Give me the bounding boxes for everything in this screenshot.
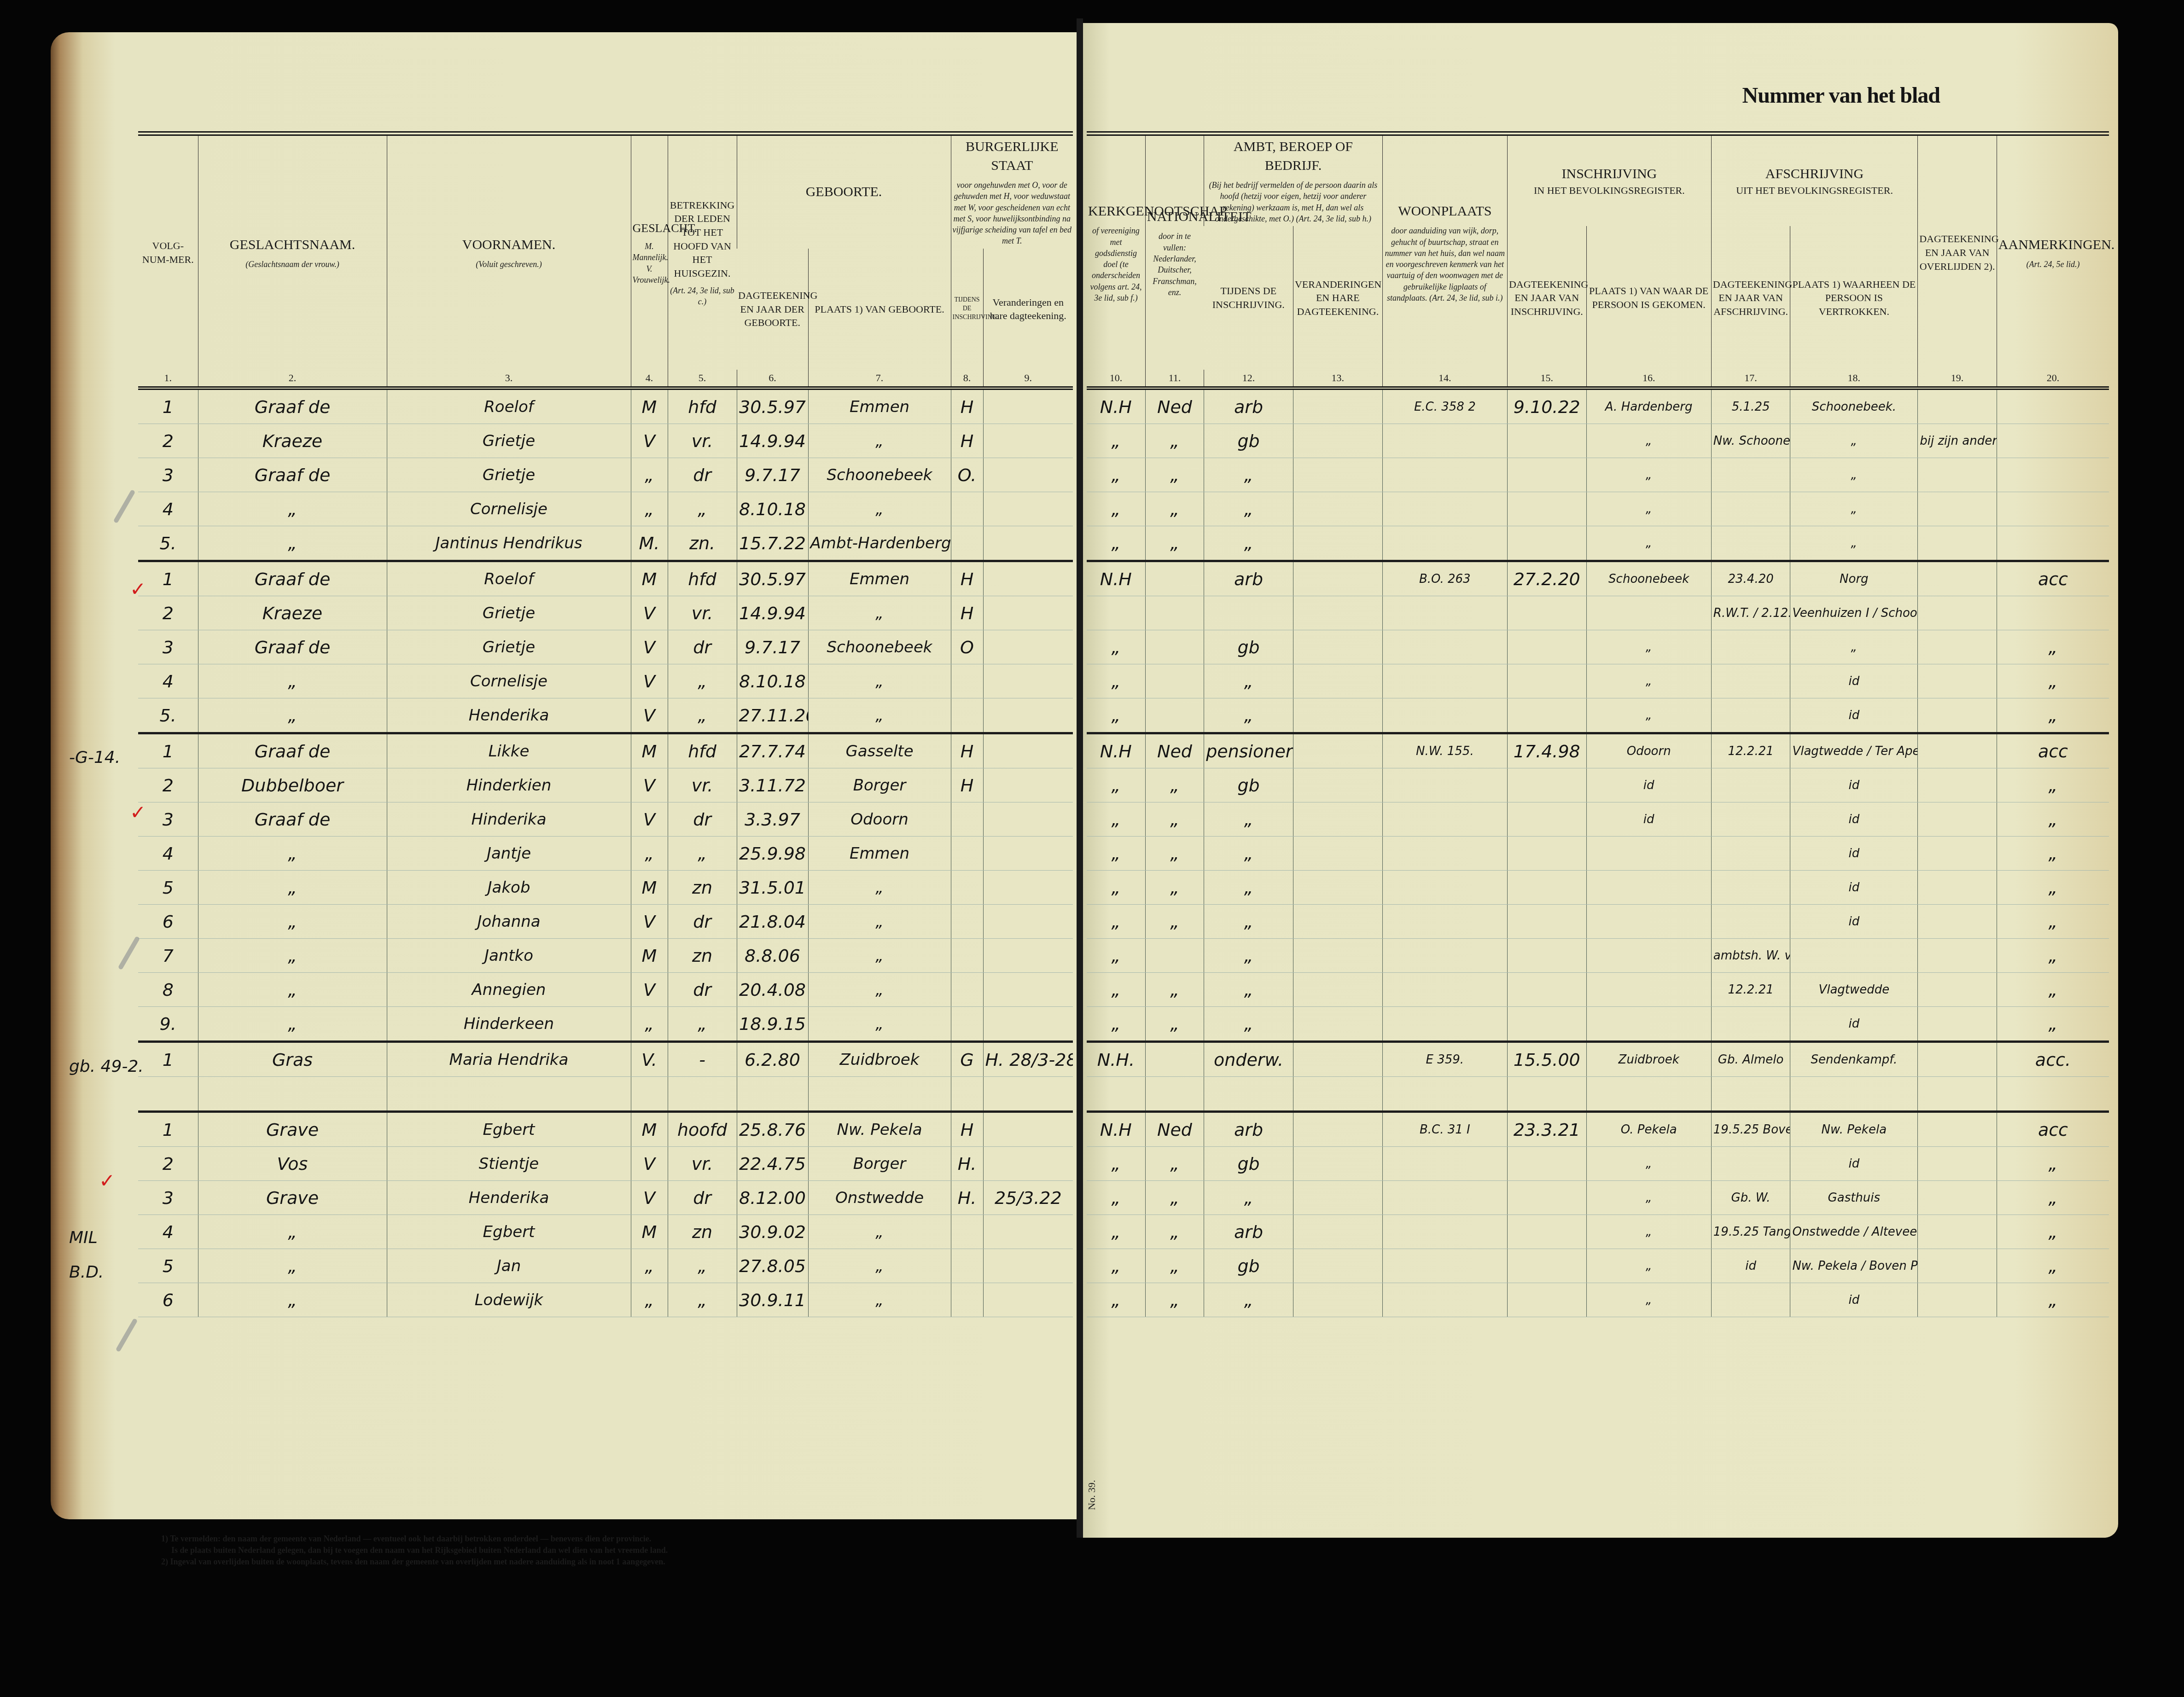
cell-af_to: „	[1790, 630, 1918, 664]
cell-nr: 5	[138, 1249, 198, 1283]
register-row: „„arb„19.5.25 TangerOnstwedde / Alteveer…	[1087, 1215, 2109, 1249]
cell-aanm: „	[1997, 768, 2109, 802]
cell-af_date: Nw. Schoonebeekerveld	[1711, 424, 1790, 458]
cell-woon: B.O. 263	[1382, 561, 1507, 596]
cell-aanm: „	[1997, 1007, 2109, 1042]
cell-rel: dr	[668, 802, 737, 837]
cell-born: 20.4.08	[737, 973, 808, 1007]
cell-ins_date	[1507, 664, 1586, 698]
cell-surname: Graaf de	[198, 630, 387, 664]
cell-af_to: Gasthuis	[1790, 1181, 1918, 1215]
left-register-body: 1Graaf deRoelofMhfd30.5.97EmmenH2KraezeG…	[138, 388, 1073, 1317]
cell-beroep	[1204, 596, 1293, 630]
cell-civ: H	[951, 733, 983, 768]
cell-ber_chg	[1293, 973, 1382, 1007]
cell-woon	[1382, 664, 1507, 698]
cell-first: Likke	[387, 733, 631, 768]
register-row: „„„id„	[1087, 1007, 2109, 1042]
cell-sex: M	[631, 939, 668, 973]
cell-civ_chg	[983, 492, 1073, 526]
cell-civ_chg	[983, 837, 1073, 871]
cell-af_date	[1711, 837, 1790, 871]
cell-rel: zn.	[668, 526, 737, 561]
cell-dood	[1918, 561, 1997, 596]
cell-civ: H	[951, 561, 983, 596]
cell-ins_date: 9.10.22	[1507, 388, 1586, 424]
cell-place: Nw. Pekela	[808, 1112, 951, 1147]
cell-dood	[1918, 768, 1997, 802]
cell-place: „	[808, 698, 951, 733]
col-num: 15.	[1507, 370, 1586, 388]
cell-ins_date	[1507, 630, 1586, 664]
cell-af_to: id	[1790, 1147, 1918, 1181]
register-row	[138, 1077, 1073, 1112]
cell-ins_from: „	[1586, 1283, 1711, 1317]
col-header-10: Kerkgenootschapof vereeniging met godsdi…	[1087, 134, 1145, 370]
register-row	[1087, 1077, 2109, 1112]
cell-ins_from: O. Pekela	[1586, 1112, 1711, 1147]
cell-woon: N.W. 155.	[1382, 733, 1507, 768]
cell-af_to: Schoonebeek.	[1790, 388, 1918, 424]
cell-beroep: arb	[1204, 561, 1293, 596]
cell-aanm: „	[1997, 939, 2109, 973]
register-row: „„„„id„	[1087, 1283, 2109, 1317]
cell-civ_chg	[983, 561, 1073, 596]
cell-af_date	[1711, 458, 1790, 492]
cell-ber_chg	[1293, 1042, 1382, 1077]
cell-ber_chg	[1293, 630, 1382, 664]
register-row: 2DubbelboerHinderkienVvr.3.11.72BorgerH	[138, 768, 1073, 802]
cell-ins_from	[1586, 1007, 1711, 1042]
cell-ins_from: „	[1586, 492, 1711, 526]
cell-ber_chg	[1293, 492, 1382, 526]
cell-dood	[1918, 1249, 1997, 1283]
cell-born: 9.7.17	[737, 458, 808, 492]
cell-af_to: Norg	[1790, 561, 1918, 596]
cell-born: 14.9.94	[737, 424, 808, 458]
col-header-11: Nationaliteitdoor in te vullen: Nederlan…	[1145, 134, 1204, 370]
cell-kerk: „	[1087, 1007, 1145, 1042]
register-row: „„gbidid„	[1087, 768, 2109, 802]
cell-dood	[1918, 1283, 1997, 1317]
cell-dood	[1918, 596, 1997, 630]
cell-ins_from: Schoonebeek	[1586, 561, 1711, 596]
cell-nr: 5	[138, 871, 198, 905]
cell-kerk: N.H	[1087, 1112, 1145, 1147]
cell-first: Jantinus Hendrikus	[387, 526, 631, 561]
cell-aanm	[1997, 526, 2109, 561]
cell-first: Annegien	[387, 973, 631, 1007]
cell-ins_date	[1507, 698, 1586, 733]
cell-rel: vr.	[668, 596, 737, 630]
cell-ins_date: 23.3.21	[1507, 1112, 1586, 1147]
cell-ins_from: A. Hardenberg	[1586, 388, 1711, 424]
cell-place: Emmen	[808, 837, 951, 871]
cell-surname: Grave	[198, 1112, 387, 1147]
cell-surname: Vos	[198, 1147, 387, 1181]
cell-surname: „	[198, 526, 387, 561]
cell-kerk: N.H	[1087, 733, 1145, 768]
cell-surname: „	[198, 492, 387, 526]
register-row: 1Graaf deLikkeMhfd27.7.74GasselteH	[138, 733, 1073, 768]
cell-nat	[1145, 698, 1204, 733]
cell-beroep: „	[1204, 458, 1293, 492]
cell-civ: H	[951, 1112, 983, 1147]
cell-af_date: 5.1.25	[1711, 388, 1790, 424]
cell-ins_date	[1507, 1007, 1586, 1042]
register-row: 7„JantkoMzn8.8.06„	[138, 939, 1073, 973]
cell-ins_date: 17.4.98	[1507, 733, 1586, 768]
margin-note: B.D.	[69, 1263, 104, 1282]
cell-civ: O	[951, 630, 983, 664]
cell-nr: 4	[138, 1215, 198, 1249]
cell-place: Borger	[808, 1147, 951, 1181]
cell-beroep: „	[1204, 973, 1293, 1007]
cell-af_date	[1711, 698, 1790, 733]
col-num: 10.	[1087, 370, 1145, 388]
cell-nr: 1	[138, 1042, 198, 1077]
cell-first: Cornelisje	[387, 492, 631, 526]
cell-af_date	[1711, 664, 1790, 698]
cell-civ: H	[951, 424, 983, 458]
cell-ins_from: Odoorn	[1586, 733, 1711, 768]
cell-aanm: „	[1997, 698, 2109, 733]
cell-rel: vr.	[668, 1147, 737, 1181]
cell-beroep: gb	[1204, 630, 1293, 664]
cell-civ_chg	[983, 1283, 1073, 1317]
register-row: „„gb„id„	[1087, 1147, 2109, 1181]
cell-ins_from	[1586, 905, 1711, 939]
cell-first: Roelof	[387, 561, 631, 596]
group-header-afschrijving: Afschrijvinguit het bevolkingsregister.	[1711, 134, 1917, 226]
cell-kerk: „	[1087, 973, 1145, 1007]
cell-rel: hfd	[668, 561, 737, 596]
cell-civ_chg	[983, 458, 1073, 492]
cell-surname: Graaf de	[198, 802, 387, 837]
cell-woon	[1382, 802, 1507, 837]
cell-af_to: Veenhuizen I / Schoonebeek	[1790, 596, 1918, 630]
register-row: 6„JohannaVdr21.8.04„	[138, 905, 1073, 939]
col-header-19: Dagteekening en jaar van overlijden 2).	[1918, 134, 1997, 370]
cell-kerk: „	[1087, 1249, 1145, 1283]
col-header-5: Betrekking der leden tot het hoofd van h…	[668, 134, 737, 370]
cell-born: 14.9.94	[737, 596, 808, 630]
cell-dood	[1918, 973, 1997, 1007]
cell-ins_from	[1586, 939, 1711, 973]
cell-civ: H.	[951, 1147, 983, 1181]
cell-civ	[951, 1215, 983, 1249]
cell-ber_chg	[1293, 1283, 1382, 1317]
cell-nat: „	[1145, 837, 1204, 871]
cell-nat: „	[1145, 492, 1204, 526]
cell-af_date	[1711, 802, 1790, 837]
cell-civ_chg	[983, 905, 1073, 939]
col-header-3: Voornamen.(Voluit geschreven.)	[387, 134, 631, 370]
cell-ber_chg	[1293, 561, 1382, 596]
cell-beroep: onderw.	[1204, 1042, 1293, 1077]
cell-ber_chg	[1293, 1112, 1382, 1147]
cell-dood	[1918, 1147, 1997, 1181]
cell-af_to: id	[1790, 698, 1918, 733]
col-num: 7.	[808, 370, 951, 388]
cell-nat: „	[1145, 1215, 1204, 1249]
cell-place: Emmen	[808, 561, 951, 596]
col-header-1: Volg-num-mer.	[138, 134, 198, 370]
register-row: 5„JakobMzn31.5.01„	[138, 871, 1073, 905]
cell-surname: „	[198, 1249, 387, 1283]
cell-first: Hinderkien	[387, 768, 631, 802]
cell-af_date	[1711, 1283, 1790, 1317]
cell-dood	[1918, 802, 1997, 837]
cell-woon: E 359.	[1382, 1042, 1507, 1077]
cell-dood	[1918, 905, 1997, 939]
cell-civ	[951, 802, 983, 837]
cell-sex: V	[631, 1147, 668, 1181]
cell-civ_chg	[983, 664, 1073, 698]
cell-surname: „	[198, 664, 387, 698]
cell-ins_date	[1507, 905, 1586, 939]
cell-beroep: „	[1204, 1283, 1293, 1317]
cell-aanm: „	[1997, 837, 2109, 871]
cell-ber_chg	[1293, 905, 1382, 939]
cell-first: Jakob	[387, 871, 631, 905]
cell-kerk: „	[1087, 630, 1145, 664]
cell-rel: „	[668, 837, 737, 871]
cell-ins_from	[1586, 1077, 1711, 1112]
cell-sex: M.	[631, 526, 668, 561]
cell-civ	[951, 526, 983, 561]
col-num: 16.	[1586, 370, 1711, 388]
cell-af_to: Onstwedde / Alteveer	[1790, 1215, 1918, 1249]
cell-surname: „	[198, 1007, 387, 1042]
cell-aanm	[1997, 1077, 2109, 1112]
cell-born: 27.7.74	[737, 733, 808, 768]
cell-af_to: Nw. Pekela / Boven Pekel	[1790, 1249, 1918, 1283]
cell-nr: 4	[138, 492, 198, 526]
cell-civ: H	[951, 768, 983, 802]
cell-sex: V	[631, 905, 668, 939]
cell-civ_chg	[983, 802, 1073, 837]
cell-kerk: N.H	[1087, 388, 1145, 424]
footnote-1: 1) Te vermelden: den naam der gemeente v…	[161, 1533, 668, 1545]
cell-born: 3.3.97	[737, 802, 808, 837]
col-header-14: Woonplaatsdoor aanduiding van wijk, dorp…	[1382, 134, 1507, 370]
cell-ber_chg	[1293, 1249, 1382, 1283]
cell-af_to: „	[1790, 492, 1918, 526]
cell-ber_chg	[1293, 526, 1382, 561]
cell-aanm: „	[1997, 1147, 2109, 1181]
register-row: „„„id„	[1087, 905, 2109, 939]
cell-woon	[1382, 458, 1507, 492]
cell-ins_from: „	[1586, 698, 1711, 733]
register-row: 4„Jantje„„25.9.98Emmen	[138, 837, 1073, 871]
cell-nat: „	[1145, 1007, 1204, 1042]
cell-ins_from: „	[1586, 1215, 1711, 1249]
page-stamp: No. 39.	[1086, 1480, 1098, 1510]
cell-woon	[1382, 973, 1507, 1007]
cell-nat: „	[1145, 973, 1204, 1007]
col-header-16: Plaats 1) van waar de persoon is gekomen…	[1586, 226, 1711, 370]
cell-woon	[1382, 1283, 1507, 1317]
cell-kerk	[1087, 1077, 1145, 1112]
col-num: 19.	[1918, 370, 1997, 388]
register-row: 1GraveEgbertMhoofd25.8.76Nw. PekelaH	[138, 1112, 1073, 1147]
cell-ber_chg	[1293, 698, 1382, 733]
cell-born: 3.11.72	[737, 768, 808, 802]
col-num: 18.	[1790, 370, 1918, 388]
cell-kerk: „	[1087, 458, 1145, 492]
cell-surname: Graaf de	[198, 458, 387, 492]
cell-aanm	[1997, 492, 2109, 526]
cell-ins_from	[1586, 871, 1711, 905]
cell-ins_from: „	[1586, 1181, 1711, 1215]
cell-sex: M	[631, 871, 668, 905]
cell-dood	[1918, 526, 1997, 561]
cell-civ	[951, 698, 983, 733]
cell-nr: 3	[138, 630, 198, 664]
cell-ber_chg	[1293, 939, 1382, 973]
cell-sex: V.	[631, 1042, 668, 1077]
cell-kerk: „	[1087, 1215, 1145, 1249]
register-row: „„„„„	[1087, 492, 2109, 526]
cell-kerk: „	[1087, 837, 1145, 871]
cell-sex	[631, 1077, 668, 1112]
cell-sex: V	[631, 596, 668, 630]
cell-first: Jan	[387, 1249, 631, 1283]
cell-place: Schoonebeek	[808, 630, 951, 664]
cell-place: „	[808, 871, 951, 905]
cell-kerk: „	[1087, 939, 1145, 973]
cell-first: Hinderkeen	[387, 1007, 631, 1042]
cell-aanm	[1997, 388, 2109, 424]
cell-dood	[1918, 1077, 1997, 1112]
register-row: 4„EgbertMzn30.9.02„	[138, 1215, 1073, 1249]
cell-nr: 2	[138, 424, 198, 458]
cell-civ_chg	[983, 630, 1073, 664]
cell-beroep: „	[1204, 939, 1293, 973]
cell-sex: V	[631, 768, 668, 802]
cell-beroep: gb	[1204, 768, 1293, 802]
cell-place: „	[808, 905, 951, 939]
register-row: 5„Jan„„27.8.05„	[138, 1249, 1073, 1283]
cell-surname: Graaf de	[198, 561, 387, 596]
cell-place: Schoonebeek	[808, 458, 951, 492]
cell-rel: „	[668, 698, 737, 733]
cell-nr: 4	[138, 664, 198, 698]
cell-surname: „	[198, 837, 387, 871]
cell-kerk: „	[1087, 1283, 1145, 1317]
cell-ins_from: „	[1586, 630, 1711, 664]
cell-beroep: pensioner	[1204, 733, 1293, 768]
cell-nr: 5.	[138, 698, 198, 733]
cell-rel: hfd	[668, 733, 737, 768]
register-row: 9.„Hinderkeen„„18.9.15„	[138, 1007, 1073, 1042]
cell-place: „	[808, 1249, 951, 1283]
cell-born: 30.5.97	[737, 561, 808, 596]
cell-first: Roelof	[387, 388, 631, 424]
cell-af_date: Gb. Almelo	[1711, 1042, 1790, 1077]
col-header-15: Dagteekening en jaar van inschrijving.	[1507, 226, 1586, 370]
cell-first: Grietje	[387, 458, 631, 492]
cell-civ: G	[951, 1042, 983, 1077]
cell-ber_chg	[1293, 871, 1382, 905]
col-num: 20.	[1997, 370, 2109, 388]
cell-first: Grietje	[387, 424, 631, 458]
cell-dood	[1918, 630, 1997, 664]
cell-first: Henderika	[387, 1181, 631, 1215]
register-row: R.W.T. / 2.12.20Veenhuizen I / Schoonebe…	[1087, 596, 2109, 630]
cell-beroep: „	[1204, 664, 1293, 698]
cell-aanm: acc	[1997, 561, 2109, 596]
cell-kerk	[1087, 596, 1145, 630]
cell-af_date: ambtsh. W. volkstelling naar Onstwedde.	[1711, 939, 1790, 973]
cell-af_date: 19.5.25 Boven	[1711, 1112, 1790, 1147]
cell-af_to: id	[1790, 1283, 1918, 1317]
cell-dood	[1918, 388, 1997, 424]
cell-nr: 6	[138, 1283, 198, 1317]
cell-sex: V	[631, 973, 668, 1007]
cell-rel: hoofd	[668, 1112, 737, 1147]
register-row: „„„id„	[1087, 664, 2109, 698]
register-row: 8„AnnegienVdr20.4.08„	[138, 973, 1073, 1007]
register-row: „„„12.2.21Vlagtwedde„	[1087, 973, 2109, 1007]
cell-nat: „	[1145, 526, 1204, 561]
cell-kerk: „	[1087, 526, 1145, 561]
cell-dood	[1918, 939, 1997, 973]
cell-af_to: „	[1790, 526, 1918, 561]
cell-ins_date	[1507, 1077, 1586, 1112]
cell-surname: Kraeze	[198, 596, 387, 630]
cell-ber_chg	[1293, 1007, 1382, 1042]
cell-aanm	[1997, 596, 2109, 630]
cell-first: Grietje	[387, 630, 631, 664]
cell-af_date	[1711, 630, 1790, 664]
cell-ins_from: „	[1586, 424, 1711, 458]
cell-ber_chg	[1293, 458, 1382, 492]
cell-nat: „	[1145, 768, 1204, 802]
cell-dood	[1918, 733, 1997, 768]
register-row: 2KraezeGrietjeVvr.14.9.94„H	[138, 596, 1073, 630]
register-row: 2KraezeGrietjeVvr.14.9.94„H	[138, 424, 1073, 458]
left-column-numbers: 1. 2. 3. 4. 5. 6. 7. 8. 9.	[138, 370, 1073, 388]
cell-rel: vr.	[668, 768, 737, 802]
cell-beroep: arb	[1204, 1215, 1293, 1249]
cell-ins_from: id	[1586, 768, 1711, 802]
cell-place: „	[808, 1283, 951, 1317]
cell-civ	[951, 905, 983, 939]
cell-beroep: gb	[1204, 424, 1293, 458]
cell-first: Jantje	[387, 837, 631, 871]
cell-ins_date	[1507, 768, 1586, 802]
cell-ins_date	[1507, 458, 1586, 492]
cell-ins_from: Zuidbroek	[1586, 1042, 1711, 1077]
cell-place: Odoorn	[808, 802, 951, 837]
cell-nr: 1	[138, 733, 198, 768]
cell-ber_chg	[1293, 1215, 1382, 1249]
cell-civ_chg: H. 28/3-28.	[983, 1042, 1073, 1077]
cell-rel: zn	[668, 1215, 737, 1249]
cell-aanm: „	[1997, 973, 2109, 1007]
cell-sex: V	[631, 630, 668, 664]
cell-rel: dr	[668, 1181, 737, 1215]
col-header-8: Tijdens de inschrijving.	[951, 249, 983, 370]
cell-sex: M	[631, 733, 668, 768]
cell-dood	[1918, 698, 1997, 733]
cell-ins_date	[1507, 837, 1586, 871]
cell-dood: bij zijn anders	[1918, 424, 1997, 458]
cell-af_to: id	[1790, 837, 1918, 871]
cell-first: Maria Hendrika	[387, 1042, 631, 1077]
